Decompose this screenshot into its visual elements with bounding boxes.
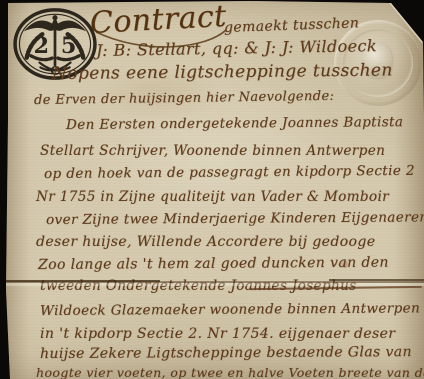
manuscript-line: over Zijne twee Minderjaerige Kinderen E… — [46, 209, 424, 228]
manuscript-line: deser huijse, Willende Accordere bij ged… — [36, 234, 375, 250]
manuscript-line: op den hoek van de passegragt en kipdorp… — [44, 163, 415, 182]
scanned-contract-photo: 2 5 C Contract gemaekt tusschen J: B: St… — [0, 0, 424, 379]
manuscript-line: Zoo lange als 't hem zal goed duncken va… — [38, 255, 389, 273]
manuscript-line: de Erven der huijsingen hier Naevolgende… — [34, 89, 334, 108]
manuscript-line: Nopens eene ligtscheppinge tusschen — [52, 60, 393, 84]
manuscript-line: hoogte vier voeten, op twee en halve Voe… — [36, 365, 424, 379]
manuscript-line: Nr 1755 in Zijne qualiteijt van Vader & … — [36, 189, 389, 205]
manuscript-line: Stellart Schrijver, Woonende binnen Antw… — [40, 143, 385, 159]
manuscript-line: Den Eersten ondergetekende Joannes Bapti… — [66, 114, 403, 133]
fold-crease-right — [329, 279, 424, 281]
manuscript-line: in 't kipdorp Sectie 2. Nr 1754. eijgena… — [40, 326, 395, 342]
stamp-digit-right: 5 — [61, 33, 77, 59]
manuscript-line: huijse Zekere Ligtscheppinge bestaende G… — [40, 344, 412, 362]
manuscript-line: Wildoeck Glazemaeker woonende binnen Ant… — [40, 300, 420, 319]
caduceus-rod-icon — [54, 19, 57, 67]
document-paper: 2 5 C Contract gemaekt tusschen J: B: St… — [0, 0, 424, 379]
fold-crease-highlight — [0, 283, 424, 286]
stamp-digit-left: 2 — [34, 33, 50, 59]
title-suffix: gemaekt tusschen — [224, 15, 360, 36]
